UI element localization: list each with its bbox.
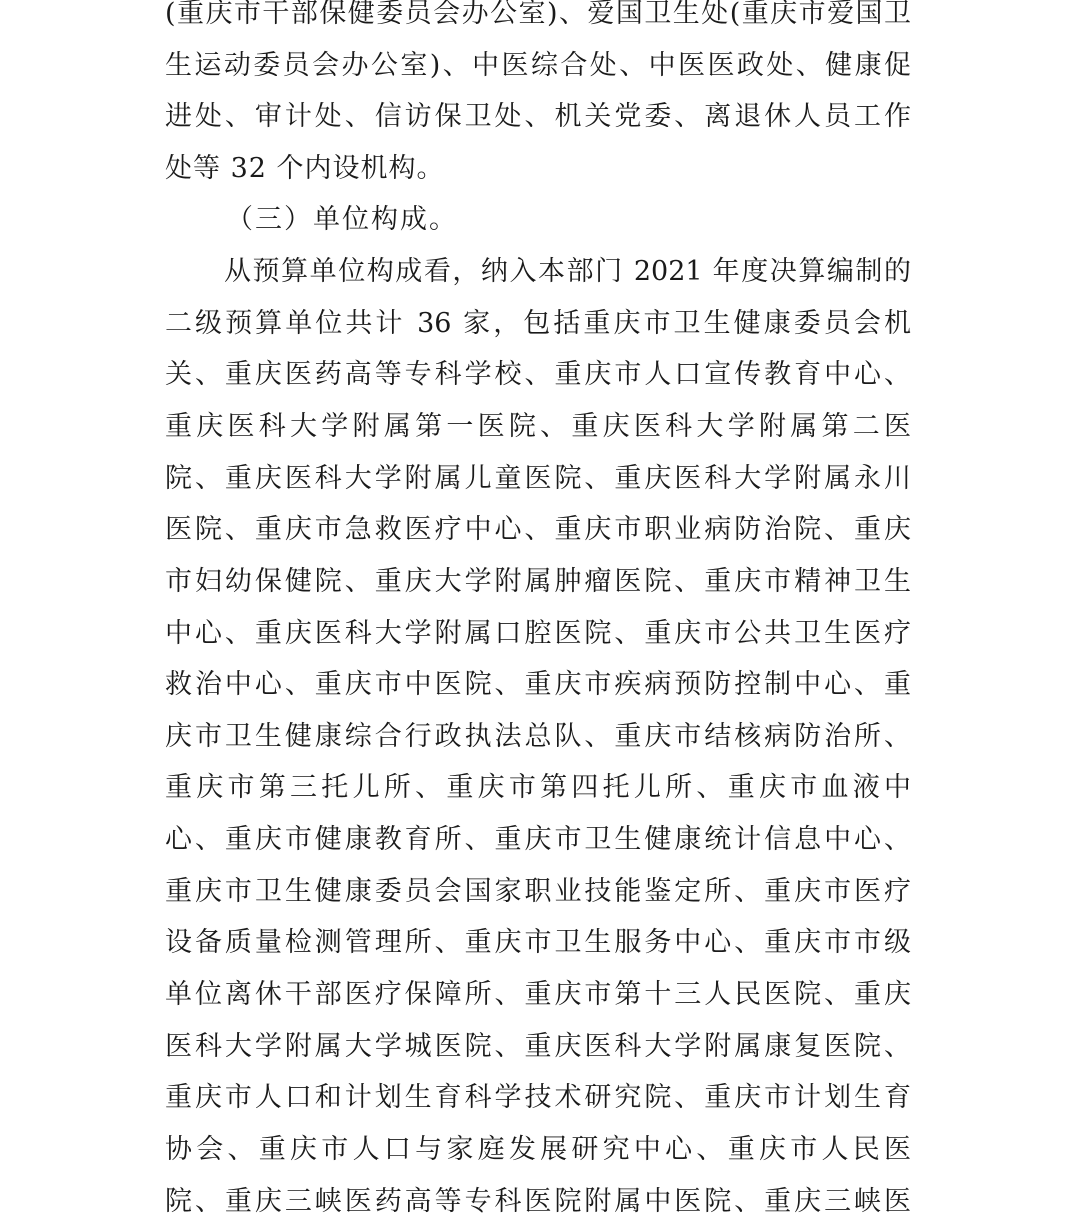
paragraph-1-line-1: (重庆市干部保健委员会办公室)、爱国卫生处(重庆市爱国卫 (165, 0, 911, 34)
paragraph-2-line-5: 院、重庆医科大学附属儿童医院、重庆医科大学附属永川 (165, 459, 911, 499)
paragraph-1-line-2: 生运动委员会办公室)、中医综合处、中医医政处、健康促 (165, 46, 911, 86)
paragraph-2-line-8: 中心、重庆医科大学附属口腔医院、重庆市公共卫生医疗 (165, 614, 911, 654)
paragraph-2-line-13: 重庆市卫生健康委员会国家职业技能鉴定所、重庆市医疗 (165, 872, 911, 912)
paragraph-2-line-10: 庆市卫生健康综合行政执法总队、重庆市结核病防治所、 (165, 717, 911, 757)
paragraph-2-line-11: 重庆市第三托儿所、重庆市第四托儿所、重庆市血液中 (165, 768, 911, 808)
paragraph-2-line-12: 心、重庆市健康教育所、重庆市卫生健康统计信息中心、 (165, 820, 911, 860)
paragraph-1-line-3: 进处、审计处、信访保卫处、机关党委、离退休人员工作 (165, 97, 911, 137)
paragraph-2-line-9: 救治中心、重庆市中医院、重庆市疾病预防控制中心、重 (165, 665, 911, 705)
section-heading: （三）单位构成。 (226, 200, 526, 240)
paragraph-2-line-19: 院、重庆三峡医药高等专科医院附属中医院、重庆三峡医 (165, 1182, 911, 1219)
paragraph-2-line-7: 市妇幼保健院、重庆大学附属肿瘤医院、重庆市精神卫生 (165, 562, 911, 602)
paragraph-2-line-4: 重庆医科大学附属第一医院、重庆医科大学附属第二医 (165, 407, 911, 447)
paragraph-2-line-3: 关、重庆医药高等专科学校、重庆市人口宣传教育中心、 (165, 355, 911, 395)
paragraph-2-line-16: 医科大学附属大学城医院、重庆医科大学附属康复医院、 (165, 1027, 911, 1067)
paragraph-2-line-2: 二级预算单位共计 36 家，包括重庆市卫生健康委员会机 (165, 304, 911, 344)
paragraph-2-line-18: 协会、重庆市人口与家庭发展研究中心、重庆市人民医 (165, 1130, 911, 1170)
paragraph-2-line-17: 重庆市人口和计划生育科学技术研究院、重庆市计划生育 (165, 1078, 911, 1118)
paragraph-2-line-1: 从预算单位构成看，纳入本部门 2021 年度决算编制的 (224, 252, 911, 292)
paragraph-2-line-14: 设备质量检测管理所、重庆市卫生服务中心、重庆市市级 (165, 923, 911, 963)
paragraph-1-line-4: 处等 32 个内设机构。 (165, 149, 911, 189)
paragraph-2-line-15: 单位离休干部医疗保障所、重庆市第十三人民医院、重庆 (165, 975, 911, 1015)
paragraph-2-line-6: 医院、重庆市急救医疗中心、重庆市职业病防治院、重庆 (165, 510, 911, 550)
document-page: (重庆市干部保健委员会办公室)、爱国卫生处(重庆市爱国卫 生运动委员会办公室)、… (0, 0, 1075, 1219)
